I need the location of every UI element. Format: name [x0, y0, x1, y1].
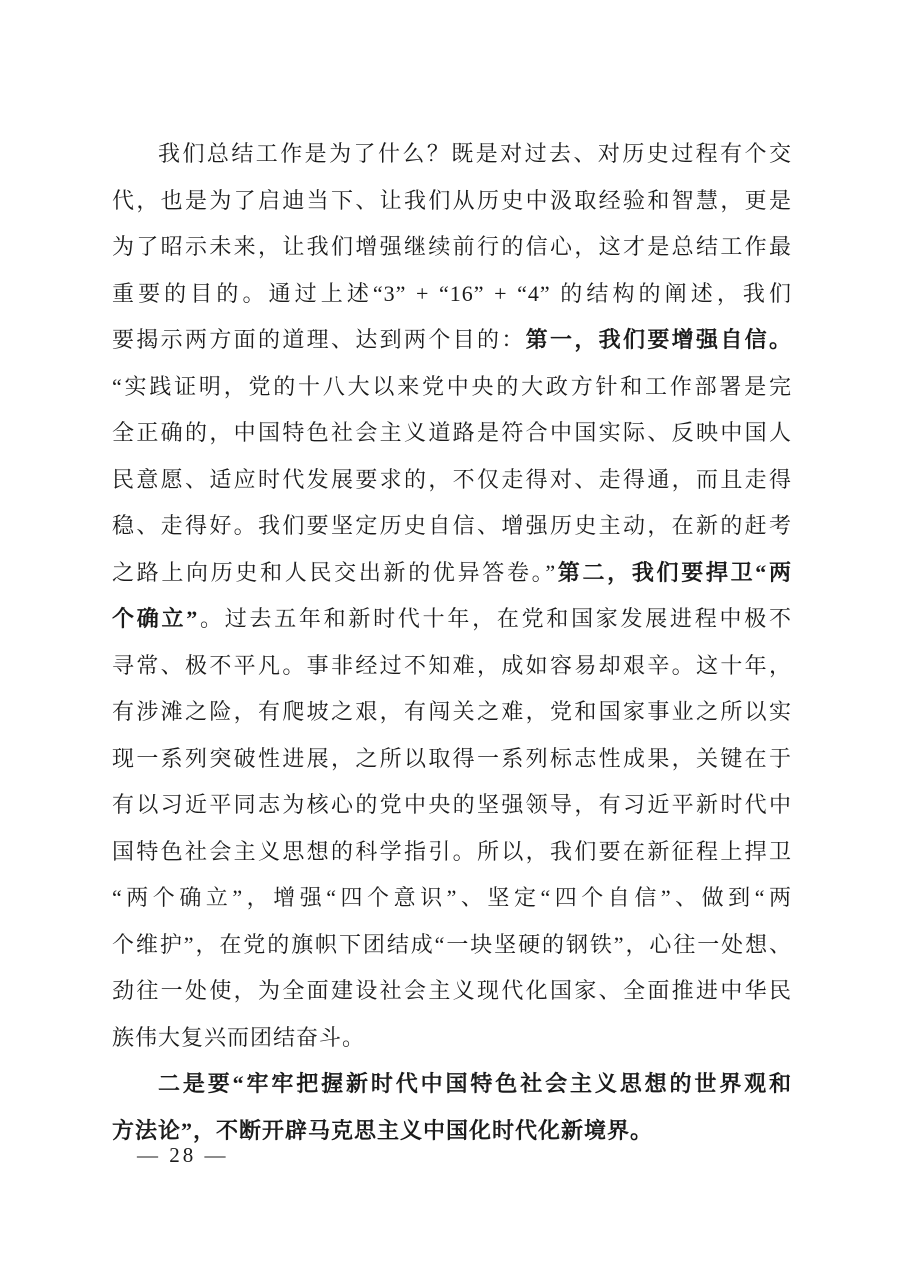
- body-text: 族伟大复兴而团结奋斗。: [112, 1025, 365, 1050]
- body-text: 现一系列突破性进展，之所以取得一系列标志性成果，关键在于: [112, 746, 792, 771]
- text-line: 国特色社会主义思想的科学指引。所以，我们要在新征程上捍卫: [112, 829, 792, 876]
- text-line: 要揭示两方面的道理、达到两个目的：第一，我们要增强自信。: [112, 317, 792, 364]
- text-line: 民意愿、适应时代发展要求的，不仅走得对、走得通，而且走得: [112, 457, 792, 504]
- text-line: 寻常、极不平凡。事非经过不知难，成如容易却艰辛。这十年，: [112, 643, 792, 690]
- emphasis-text: 二是要“牢牢把握新时代中国特色社会主义思想的世界观和: [158, 1071, 792, 1096]
- body-text: “两个确立”，增强“四个意识”、坚定“四个自信”、做到“两: [112, 885, 792, 910]
- page-number: — 28 —: [137, 1143, 229, 1168]
- body-text: 要揭示两方面的道理、达到两个目的：: [112, 327, 526, 352]
- text-line: 个确立”。过去五年和新时代十年，在党和国家发展进程中极不: [112, 596, 792, 643]
- body-text: 重要的目的。通过上述“3” + “16” + “4” 的结构的阐述，我们: [112, 281, 792, 306]
- text-line: 有以习近平同志为核心的党中央的坚强领导，有习近平新时代中: [112, 782, 792, 829]
- document-page: 我们总结工作是为了什么？既是对过去、对历史过程有个交代，也是为了启迪当下、让我们…: [0, 0, 900, 1273]
- body-text: 有以习近平同志为核心的党中央的坚强领导，有习近平新时代中: [112, 792, 792, 817]
- body-text: 。过去五年和新时代十年，在党和国家发展进程中极不: [198, 606, 792, 631]
- body-text: “实践证明，党的十八大以来党中央的大政方针和工作部署是完: [112, 374, 792, 399]
- text-line: 全正确的，中国特色社会主义道路是符合中国实际、反映中国人: [112, 410, 792, 457]
- text-line: 劲往一处使，为全面建设社会主义现代化国家、全面推进中华民: [112, 968, 792, 1015]
- body-text: 民意愿、适应时代发展要求的，不仅走得对、走得通，而且走得: [112, 467, 792, 492]
- body-text: 国特色社会主义思想的科学指引。所以，我们要在新征程上捍卫: [112, 839, 792, 864]
- body-text: 劲往一处使，为全面建设社会主义现代化国家、全面推进中华民: [112, 978, 792, 1003]
- text-line: 现一系列突破性进展，之所以取得一系列标志性成果，关键在于: [112, 736, 792, 783]
- text-line: “实践证明，党的十八大以来党中央的大政方针和工作部署是完: [112, 364, 792, 411]
- text-line: 个维护”，在党的旗帜下团结成“一块坚硬的钢铁”，心往一处想、: [112, 922, 792, 969]
- body-text: 个维护”，在党的旗帜下团结成“一块坚硬的钢铁”，心往一处想、: [112, 932, 792, 957]
- document-body: 我们总结工作是为了什么？既是对过去、对历史过程有个交代，也是为了启迪当下、让我们…: [112, 131, 792, 1154]
- emphasis-text: 第一，我们要增强自信。: [526, 327, 792, 352]
- body-text: 我们总结工作是为了什么？既是对过去、对历史过程有个交: [158, 141, 792, 166]
- body-text: 寻常、极不平凡。事非经过不知难，成如容易却艰辛。这十年，: [112, 653, 792, 678]
- emphasis-text: 第二，我们要捍卫“两: [556, 560, 792, 585]
- text-line: 为了昭示未来，让我们增强继续前行的信心，这才是总结工作最: [112, 224, 792, 271]
- text-line: 重要的目的。通过上述“3” + “16” + “4” 的结构的阐述，我们: [112, 271, 792, 318]
- body-text: 为了昭示未来，让我们增强继续前行的信心，这才是总结工作最: [112, 234, 792, 259]
- text-line: “两个确立”，增强“四个意识”、坚定“四个自信”、做到“两: [112, 875, 792, 922]
- text-line: 有涉滩之险，有爬坡之艰，有闯关之难，党和国家事业之所以实: [112, 689, 792, 736]
- text-line: 二是要“牢牢把握新时代中国特色社会主义思想的世界观和: [112, 1061, 792, 1108]
- text-line: 族伟大复兴而团结奋斗。: [112, 1015, 792, 1062]
- body-text: 有涉滩之险，有爬坡之艰，有闯关之难，党和国家事业之所以实: [112, 699, 792, 724]
- text-line: 之路上向历史和人民交出新的优异答卷。”第二，我们要捍卫“两: [112, 550, 792, 597]
- text-line: 代，也是为了启迪当下、让我们从历史中汲取经验和智慧，更是: [112, 178, 792, 225]
- text-line: 我们总结工作是为了什么？既是对过去、对历史过程有个交: [112, 131, 792, 178]
- body-text: 全正确的，中国特色社会主义道路是符合中国实际、反映中国人: [112, 420, 792, 445]
- emphasis-text: 方法论”，不断开辟马克思主义中国化时代化新境界。: [112, 1118, 653, 1143]
- body-text: 代，也是为了启迪当下、让我们从历史中汲取经验和智慧，更是: [112, 188, 792, 213]
- text-line: 稳、走得好。我们要坚定历史自信、增强历史主动，在新的赶考: [112, 503, 792, 550]
- body-text: 稳、走得好。我们要坚定历史自信、增强历史主动，在新的赶考: [112, 513, 792, 538]
- body-text: 之路上向历史和人民交出新的优异答卷。”: [112, 560, 556, 585]
- emphasis-text: 个确立”: [112, 606, 198, 631]
